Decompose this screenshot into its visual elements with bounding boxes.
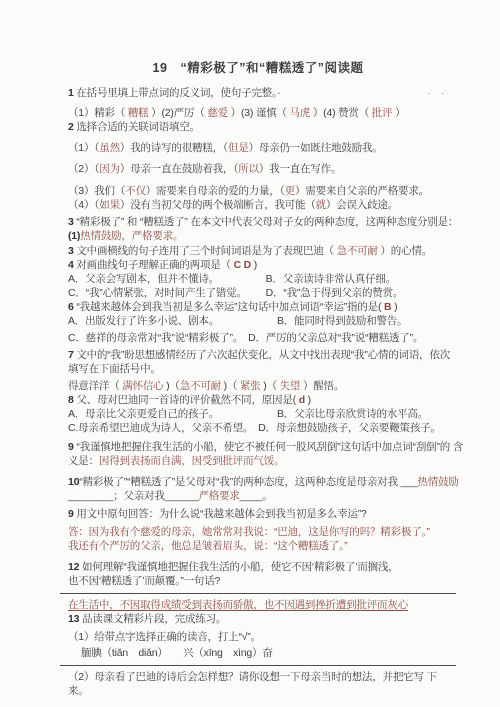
text-segment: 严格要求 — [198, 490, 239, 502]
text-line: （1）精彩（ 糟糕 ）(2)严厉（ 慈爱 ）(3) 谨慎（ 马虎 ）(4) 赞赏… — [68, 106, 448, 120]
text-segment: 如果 — [99, 199, 120, 211]
text-segment: 10 — [68, 476, 79, 488]
text-line: 12 如何理解“我谨慎地把握住我生活的小船，使它不因‘精彩极了’而搁浅， — [68, 560, 448, 574]
text-line: 9 用文中原句回答：为什么说“我越来越体会到我当初是多么幸运”? — [68, 507, 448, 521]
text-segment: 文中画横线的句子连用了三个时间词语是为了表现巴迪（ — [76, 245, 336, 257]
text-segment: ) — [305, 394, 311, 406]
text-line: 10“精彩极了”“糟糕透了”是父母对“我”的两种态度，这两种态度是母亲对我 __… — [68, 475, 448, 489]
text-segment: 来。 — [68, 685, 89, 697]
text-segment: ）(2)严厉（ — [148, 107, 207, 119]
text-segment: )（ — [221, 380, 240, 392]
text-line: C.母亲希望巴迪成为诗人，父亲不希望。 D．母亲想鼓励孩子，父亲要鞭策孩子。 — [68, 421, 448, 435]
text-segment: 虽然 — [99, 142, 120, 154]
text-segment: （1）精彩（ — [68, 107, 128, 119]
text-segment: ____。 — [240, 490, 273, 502]
text-segment: A．出版发行了许多小说、剧本。 — [68, 314, 277, 328]
text-segment: 急不可耐 — [180, 380, 221, 392]
text-segment: 但是 — [228, 142, 249, 154]
text-line: （1）给带点字选择正确的读音，打上“√”。 — [68, 630, 448, 644]
text-segment: ）我一直在写作。 — [259, 163, 341, 175]
text-line: （2）（因为）母亲一直在鼓励着我，（所以）我一直在写作。 — [68, 162, 448, 176]
text-segment: ）(4) 赞赏（ — [310, 107, 372, 119]
text-segment: （2）母亲看了巴迪的诗后会怎样想？请你设想一下母亲当时的想法，并把它写 下 — [68, 671, 437, 683]
text-segment: C．慈祥的母亲常对“我”说“精彩极了”。 D．严厉的父亲总对“我”说“糟糕透了”… — [68, 332, 423, 344]
text-segment: （1）（ — [68, 142, 99, 154]
text-line: 在生活中，不因取得成绩受到表扬而骄傲，也不因遇到挫折遭到批评而灰心 — [68, 598, 448, 612]
document-content: 19 “精彩极了”和“糟糕透了”阅读题 1 在括号里填上带点词的反义词，使句子完… — [0, 0, 500, 698]
text-segment: ）母亲仍一如既往地鼓励我。 — [249, 142, 383, 154]
text-segment: 文中的“我”盼思想感情经历了六次起伏变化，从文中找出表现“我”心情的词语，依次 — [76, 349, 450, 361]
text-segment: 因为 — [99, 163, 120, 175]
text-line: 6 “我越来越体会到我当初是多么幸运”这句话中加点词语“幸运”指的是( B ) — [68, 300, 448, 314]
text-segment: 13 — [68, 613, 82, 625]
text-segment: 得意洋洋（ — [68, 380, 122, 392]
text-line: （2）母亲看了巴迪的诗后会怎样想？请你设想一下母亲当时的想法，并把它写 下 — [68, 670, 448, 684]
text-line: 我还有个严厉的父亲，他总是皱着眉头，说：“这个糟糕透了。” — [68, 539, 448, 553]
text-segment: ）的心情。 — [378, 245, 432, 257]
text-segment: ）会误入歧途。 — [326, 199, 398, 211]
text-segment: 父、母对巴迪同一首诗的评价截然不同，原因是( — [76, 394, 298, 406]
text-line: 2 选择合适的关联词语填空。 — [68, 120, 448, 134]
text-segment: “精彩极了” 和 “糟糕透了” 在本文中代表父母对子女的两种态度，这两种态度分别… — [76, 216, 458, 228]
document-page: 19 “精彩极了”和“糟糕透了”阅读题 1 在括号里填上带点词的反义词，使句子完… — [0, 0, 500, 707]
text-segment: 满怀信心 — [122, 380, 163, 392]
text-segment: 慈爱 — [207, 107, 228, 119]
text-segment: 也不因‘糟糕透了’而颠覆。”一句话? — [68, 575, 220, 587]
page-title: 19 “精彩极了”和“糟糕透了”阅读题 — [68, 58, 448, 76]
text-line: 腼腆（tiǎn diǎn） 兴（xīng xìng）奋 — [68, 646, 448, 660]
text-segment: 热情鼓励，严格要求。 — [80, 230, 183, 242]
text-segment: 选择合适的关联词语填空。 — [76, 121, 200, 133]
text-segment: 填写在下面括号中。 — [68, 363, 161, 375]
text-line: C．慈祥的母亲常对“我”说“精彩极了”。 D．严厉的父亲总对“我”说“糟糕透了”… — [68, 331, 448, 345]
text-segment: ）需要来自父亲的严格要求。 — [295, 185, 429, 197]
text-segment: 如何理解“我谨慎地把握住我生活的小船，使它不因‘精彩极了’而搁浅， — [82, 561, 399, 573]
text-segment: 对画曲线句子理解正确的两项是（ — [76, 259, 233, 271]
text-line: 7 文中的“我”盼思想感情经历了六次起伏变化，从文中找出表现“我”心情的词语，依… — [68, 348, 448, 362]
text-line: 1 在括号里填上带点词的反义词，使句子完整。·· · — [68, 86, 448, 100]
text-segment: B．能同时得到鼓励和警告。 — [277, 315, 407, 327]
text-segment: C．“我”心情紧张，对时间产生了错觉。 — [68, 286, 266, 300]
text-segment: ） — [392, 107, 405, 119]
text-segment: 在括号里填上带点词的反义词，使句子完整。· — [76, 87, 280, 99]
text-segment: A．父亲会写剧本，但并不懂诗。 — [68, 272, 266, 286]
text-segment: ）没有当初父母的两个极端断言，我可能（ — [120, 199, 316, 211]
text-segment: 义是： — [68, 455, 99, 467]
text-segment: A．母亲比父亲更爱自己的孩子。 — [68, 407, 277, 421]
text-segment: 我还有个严厉的父亲，他总是皱着眉头，说：“这个糟糕透了。” — [68, 540, 347, 552]
text-segment: 用文中原句回答：为什么说“我越来越体会到我当初是多么幸运”? — [76, 508, 366, 520]
text-segment: C D — [234, 259, 251, 271]
text-segment: ）醒悟。 — [300, 380, 344, 392]
text-segment: （2）（ — [68, 163, 99, 175]
text-line: 填写在下面括号中。 — [68, 362, 448, 376]
text-segment: （3）我们（ — [68, 185, 125, 197]
text-segment: · · — [428, 86, 449, 100]
text-line: 4 对画曲线句子理解正确的两项是（ C D ) — [68, 258, 448, 272]
divider-rule — [60, 593, 456, 594]
text-segment: 就 — [316, 199, 326, 211]
text-line: 3 文中画横线的句子连用了三个时间词语是为了表现巴迪（ 急不可耐 ）的心情。 — [68, 244, 448, 258]
text-segment: 批评 — [372, 107, 393, 119]
text-segment: 12 — [68, 561, 82, 573]
text-line: 义是：因得到表扬而自满，因受到批评而气馁。 — [68, 454, 448, 468]
text-segment: 不仅 — [125, 185, 146, 197]
text-segment: 所以 — [238, 163, 259, 175]
text-segment: “精彩极了”“糟糕透了”是父母对“我”的两种态度，这两种态度是母亲对我 ___ — [79, 476, 417, 488]
text-line: C．“我”心情紧张，对时间产生了错觉。D．“我”急于得到父亲的赞赏。 — [68, 286, 448, 300]
text-segment: ）(3) 谨慎（ — [228, 107, 290, 119]
text-segment: （1）给带点字选择正确的读音，打上“√”。 — [68, 631, 261, 643]
text-segment: ）我的诗写的很糟糕，（ — [120, 142, 228, 154]
text-segment: 品读课文精彩片段，完成练习。 — [82, 613, 226, 625]
text-line: A．出版发行了许多小说、剧本。B．能同时得到鼓励和警告。 — [68, 314, 448, 328]
text-segment: ）需要来自母亲的爱的力量，（ — [146, 185, 285, 197]
text-line: 8 父、母对巴迪同一首诗的评价截然不同，原因是( d ) — [68, 393, 448, 407]
text-line: （3）我们（不仅）需要来自母亲的爱的力量，（更）需要来自父亲的严格要求。 — [68, 184, 448, 198]
text-segment: ________；父亲对我______ — [68, 490, 198, 502]
text-line: 13 品读课文精彩片段，完成练习。 — [68, 612, 448, 626]
text-segment: 糟糕 — [128, 107, 149, 119]
text-segment: 因得到表扬而自满，因受到批评而气馁。 — [99, 455, 284, 467]
text-line: 得意洋洋（ 满怀信心 )（急不可耐 )（ 紧张 )（ 失望 ）醒悟。 — [68, 379, 448, 393]
text-line: (1)热情鼓励，严格要求。 — [68, 229, 448, 243]
text-line: （4）（如果）没有当初父母的两个极端断言，我可能（就）会误入歧途。 — [68, 198, 448, 212]
text-segment: “我越来越体会到我当初是多么幸运”这句话中加点词语“幸运”指的是( — [76, 301, 384, 313]
text-line: 9 “我谨慎地把握住我生活的小船，使它不被任何一股风刮倒”这句话中加点词“刮倒”… — [68, 440, 448, 454]
text-segment: 紧张 — [240, 380, 261, 392]
text-segment: ）母亲一直在鼓励着我，（ — [120, 163, 238, 175]
text-segment: )（ — [163, 380, 179, 392]
text-line: 来。 — [68, 684, 448, 698]
text-segment: )（ — [261, 380, 280, 392]
text-segment: ) — [391, 301, 397, 313]
text-segment: ) — [251, 259, 257, 271]
text-line: 也不因‘糟糕透了’而颠覆。”一句话? — [68, 574, 448, 588]
text-segment: 答：因为我有个慈爱的母亲，她常常对我说：“巴迪，这是你写的吗？精彩极了。” — [68, 526, 430, 538]
text-segment: （4）（ — [68, 199, 99, 211]
text-segment: 急不可耐 — [337, 245, 378, 257]
text-line: （1）（虽然）我的诗写的很糟糕，（但是）母亲仍一如既往地鼓励我。 — [68, 141, 448, 155]
text-line: A．母亲比父亲更爱自己的孩子。B．父亲比母亲欣赏诗的水平高。 — [68, 407, 448, 421]
text-line: 答：因为我有个慈爱的母亲，她常常对我说：“巴迪，这是你写的吗？精彩极了。” — [68, 525, 448, 539]
text-segment: 在生活中，不因取得成绩受到表扬而骄傲，也不因遇到挫折遭到批评而灰心 — [68, 599, 408, 611]
text-segment: C.母亲希望巴迪成为诗人，父亲不希望。 D．母亲想鼓励孩子，父亲要鞭策孩子。 — [68, 422, 441, 434]
divider-rule — [60, 665, 456, 666]
text-line: A．父亲会写剧本，但并不懂诗。B．父亲读诗非常认真仔细。 — [68, 272, 448, 286]
text-line: 3 “精彩极了” 和 “糟糕透了” 在本文中代表父母对子女的两种态度，这两种态度… — [68, 215, 448, 229]
text-segment: B．父亲读诗非常认真仔细。 — [266, 273, 396, 285]
text-segment: 马虎 — [290, 107, 311, 119]
text-segment: (1) — [68, 230, 80, 242]
text-segment: D．“我”急于得到父亲的赞赏。 — [266, 287, 404, 299]
text-segment: 腼腆（tiǎn diǎn） 兴（xīng xìng）奋 — [68, 647, 273, 659]
text-segment: 失望 — [280, 380, 301, 392]
document-lines: 1 在括号里填上带点词的反义词，使句子完整。·· ·（1）精彩（ 糟糕 ）(2)… — [68, 86, 448, 698]
text-segment: “我谨慎地把握住我生活的小船，使它不被任何一股风刮倒”这句话中加点词“刮倒”的 … — [76, 441, 463, 453]
text-segment: B．父亲比母亲欣赏诗的水平高。 — [277, 408, 428, 420]
text-segment: 热情鼓励 — [417, 476, 458, 488]
text-segment: 更 — [285, 185, 295, 197]
text-line: ________；父亲对我______严格要求____。 — [68, 489, 448, 503]
